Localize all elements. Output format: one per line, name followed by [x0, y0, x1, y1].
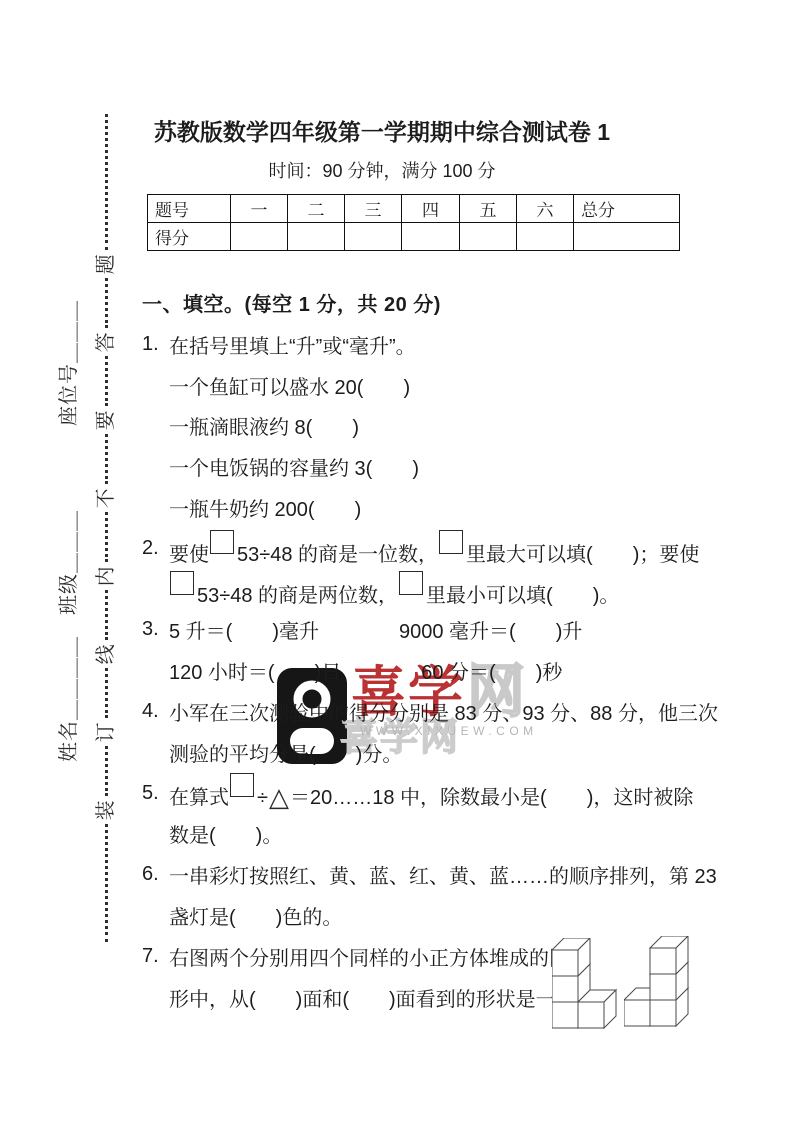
score-cell-empty: [574, 223, 680, 251]
score-table-header-cell: 总分: [574, 195, 680, 223]
dotted-segment: [105, 356, 108, 406]
question-text: 一瓶牛奶约 200( ): [169, 493, 361, 522]
question-line: 一个鱼缸可以盛水 20( ): [142, 365, 742, 406]
page-title: 苏教版数学四年级第一学期期中综合测试卷 1: [128, 114, 636, 147]
score-table-header-cell: 一: [231, 195, 288, 223]
question-number: 1.: [142, 333, 169, 356]
question-line: 3.5 升＝( )毫升 9000 毫升＝( )升: [142, 610, 742, 651]
score-table: 题号一二三四五六总分得分: [147, 194, 680, 251]
test-paper-page: 喜学网 喜学网 WWW.XIXUEW.COM 姓名＿＿＿＿ 班级＿＿＿ 座位号＿…: [0, 0, 793, 1122]
question-number: 4.: [142, 700, 169, 723]
score-cell-empty: [288, 223, 345, 251]
question-text: 5 升＝( )毫升 9000 毫升＝( )升: [169, 615, 582, 644]
question-line: 测验的平均分是( )分。: [142, 732, 742, 773]
page-subtitle: 时间：90 分钟，满分 100 分: [128, 157, 636, 183]
score-cell-empty: [517, 223, 574, 251]
dotted-segment: [105, 114, 108, 250]
score-cell-empty: [402, 223, 460, 251]
question-text: 右图两个分别用四个同样的小正方体堆成的图: [169, 942, 569, 971]
question-number: 2.: [142, 537, 169, 560]
cube-figure-left: [552, 938, 618, 1031]
question-line: 2.要使53÷48 的商是一位数，里最大可以填( )；要使: [142, 528, 742, 569]
question-line: 盏灯是( )色的。: [142, 895, 742, 936]
binding-char: 不: [95, 484, 117, 512]
blank-box-icon: [170, 571, 194, 595]
student-info-fields: 姓名＿＿＿＿ 班级＿＿＿ 座位号＿＿＿: [52, 294, 76, 762]
dotted-segment: [105, 590, 108, 640]
question-text: 一串彩灯按照红、黄、蓝、红、黄、蓝……的顺序排列，第 23: [169, 860, 717, 889]
dotted-segment: [105, 278, 108, 328]
blank-box-icon: [439, 530, 463, 554]
binding-char: 线: [95, 640, 117, 668]
question-line: 5.在算式÷△＝20……18 中，除数最小是( )，这时被除: [142, 773, 742, 814]
question-number: 5.: [142, 782, 169, 805]
question-text: 一个鱼缸可以盛水 20( ): [169, 371, 410, 400]
binding-char: 题: [95, 250, 117, 278]
blank-box-icon: [230, 773, 254, 797]
triangle-icon: △: [269, 783, 289, 813]
question-line: 1.在括号里填上“升”或“毫升”。: [142, 324, 742, 365]
question-line: 53÷48 的商是两位数，里最小可以填( )。: [142, 569, 742, 610]
question-number: 7.: [142, 945, 169, 968]
score-cell-empty: [345, 223, 402, 251]
binding-char: 订: [95, 718, 117, 746]
dotted-segment: [105, 668, 108, 718]
question-line: 数是( )。: [142, 814, 742, 855]
blank-box-icon: [210, 530, 234, 554]
question-number: 6.: [142, 863, 169, 886]
question-text: 53÷48 的商是两位数，里最小可以填( )。: [169, 571, 619, 608]
question-line: 6.一串彩灯按照红、黄、蓝、红、黄、蓝……的顺序排列，第 23: [142, 854, 742, 895]
question-line: 120 小时＝( )日 60 分＝( )秒: [142, 650, 742, 691]
binding-line: 装订线内不要答题: [95, 114, 117, 942]
dotted-segment: [105, 434, 108, 484]
score-table-header-cell: 六: [517, 195, 574, 223]
score-table-header-cell: 二: [288, 195, 345, 223]
score-table-header-cell: 题号: [148, 195, 231, 223]
score-table-header-cell: 五: [460, 195, 517, 223]
question-text: 盏灯是( )色的。: [169, 901, 342, 930]
question-line: 一个电饭锅的容量约 3( ): [142, 446, 742, 487]
question-number: 3.: [142, 618, 169, 641]
score-cell-empty: [460, 223, 517, 251]
blank-box-icon: [399, 571, 423, 595]
question-text: 在算式÷△＝20……18 中，除数最小是( )，这时被除: [169, 773, 693, 813]
dotted-segment: [105, 746, 108, 796]
score-row-label: 得分: [148, 223, 231, 251]
question-text: 数是( )。: [169, 819, 282, 848]
question-text: 120 小时＝( )日 60 分＝( )秒: [169, 656, 562, 685]
score-table-header-cell: 三: [345, 195, 402, 223]
binding-char: 装: [95, 796, 117, 824]
question-text: 一瓶滴眼液约 8( ): [169, 411, 359, 440]
score-cell-empty: [231, 223, 288, 251]
question-text: 形中，从( )面和( )面看到的形状是一样: [169, 983, 576, 1012]
binding-char: 内: [95, 562, 117, 590]
binding-char: 要: [95, 406, 117, 434]
question-text: 测验的平均分是( )分。: [169, 738, 402, 767]
dotted-segment: [105, 824, 108, 942]
binding-char: 答: [95, 328, 117, 356]
score-table-header-cell: 四: [402, 195, 460, 223]
question-text: 要使53÷48 的商是一位数，里最大可以填( )；要使: [169, 530, 699, 567]
dotted-segment: [105, 512, 108, 562]
question-text: 小军在三次测验中的得分分别是 83 分、93 分、88 分，他三次: [169, 697, 718, 726]
questions-list: 1.在括号里填上“升”或“毫升”。一个鱼缸可以盛水 20( )一瓶滴眼液约 8(…: [142, 324, 742, 1018]
question-line: 一瓶牛奶约 200( ): [142, 487, 742, 528]
question-line: 一瓶滴眼液约 8( ): [142, 406, 742, 447]
question-text: 在括号里填上“升”或“毫升”。: [169, 330, 416, 359]
section-1-heading: 一、填空。(每空 1 分，共 20 分): [142, 288, 441, 317]
cube-figure-right: [624, 936, 690, 1029]
question-text: 一个电饭锅的容量约 3( ): [169, 452, 419, 481]
question-line: 4.小军在三次测验中的得分分别是 83 分、93 分、88 分，他三次: [142, 691, 742, 732]
